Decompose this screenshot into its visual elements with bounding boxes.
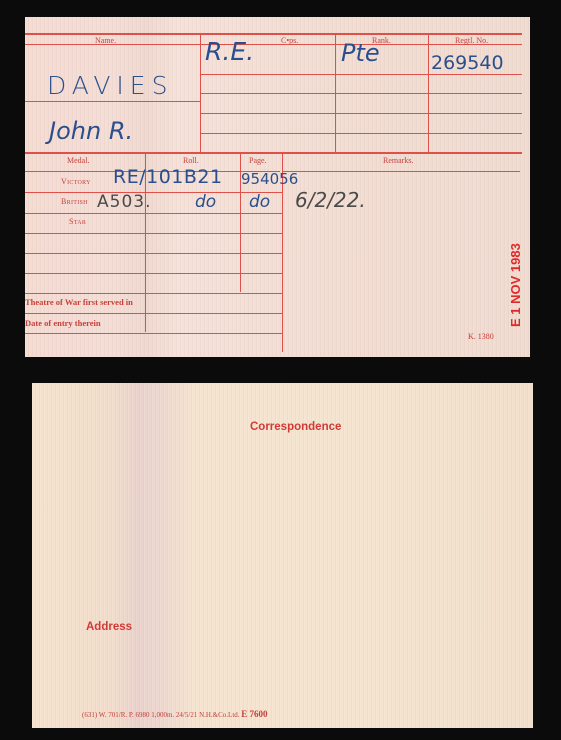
- date-of-entry-label: Date of entry therein: [25, 318, 101, 328]
- medal-victory-label: Victory: [61, 177, 91, 186]
- medal-index-card-back: Correspondence Address (631) W. 701/R. P…: [32, 383, 533, 728]
- header-page: Page.: [249, 156, 267, 165]
- header-remarks: Remarks.: [383, 156, 413, 165]
- rule-theatre-value: [145, 313, 282, 314]
- rule-row-1: [200, 74, 522, 75]
- british-note-entry: A503.: [97, 192, 151, 212]
- forenames-entry: John R.: [49, 117, 133, 145]
- rule-remarks-header: [283, 171, 520, 172]
- imprint-text: (631) W. 701/R. P. 6980 1,000m. 24/5/21 …: [82, 711, 240, 719]
- header-name: Name.: [95, 36, 116, 45]
- rule-medal-row-3: [25, 233, 282, 234]
- corps-entry: R.E.: [205, 37, 254, 66]
- rule-row-2: [200, 93, 522, 94]
- british-page-entry: do: [249, 192, 270, 212]
- rule-section-divider: [25, 152, 522, 154]
- medal-index-card-front: Name. C•ps. Rank. Regtl. No. DAVIES John…: [25, 17, 530, 357]
- regtl-no-entry: 269540: [431, 52, 504, 74]
- header-medal: Medal.: [67, 156, 89, 165]
- date-stamp: E 1 NOV 1983: [508, 243, 523, 327]
- printer-imprint: (631) W. 701/R. P. 6980 1,000m. 24/5/21 …: [82, 709, 268, 719]
- medal-star-label: Star: [69, 217, 86, 226]
- rule-row-4: [200, 133, 522, 134]
- header-roll: Roll.: [183, 156, 199, 165]
- victory-roll-entry: RE/101B21: [113, 166, 223, 188]
- rule-medal-row-6: [25, 293, 282, 294]
- rule-medal-row-2: [25, 213, 282, 214]
- rank-entry: Pte: [341, 39, 380, 67]
- imprint-code: E 7600: [241, 709, 267, 719]
- rule-medal-row-1: [25, 192, 282, 193]
- header-regtl-no: Regtl. No.: [455, 36, 488, 45]
- medal-british-label: British: [61, 197, 88, 206]
- theatre-of-war-label: Theatre of War first served in: [25, 297, 133, 307]
- british-roll-entry: do: [195, 192, 216, 212]
- remarks-entry: 6/2/22.: [295, 188, 366, 212]
- correspondence-label: Correspondence: [250, 421, 341, 433]
- address-label: Address: [86, 621, 132, 633]
- header-corps: C•ps.: [281, 36, 298, 45]
- victory-page-entry: 954056: [241, 170, 298, 188]
- rule-medal-row-5: [25, 273, 282, 274]
- rule-medal-row-4: [25, 253, 282, 254]
- rule-top: [25, 33, 522, 35]
- surname-entry: DAVIES: [47, 71, 173, 100]
- rule-row-3: [200, 113, 522, 114]
- rule-medal-row-8: [25, 333, 282, 334]
- form-code: K. 1380: [468, 332, 494, 341]
- rule-name-divider: [25, 101, 200, 102]
